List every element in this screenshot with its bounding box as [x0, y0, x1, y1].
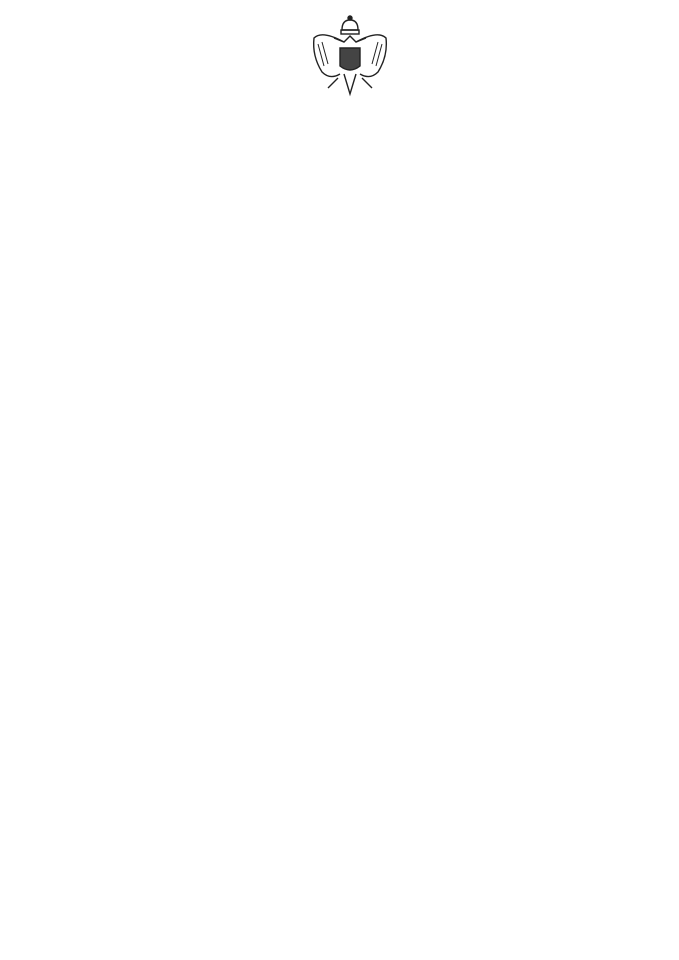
coat-of-arms-icon [300, 8, 400, 100]
